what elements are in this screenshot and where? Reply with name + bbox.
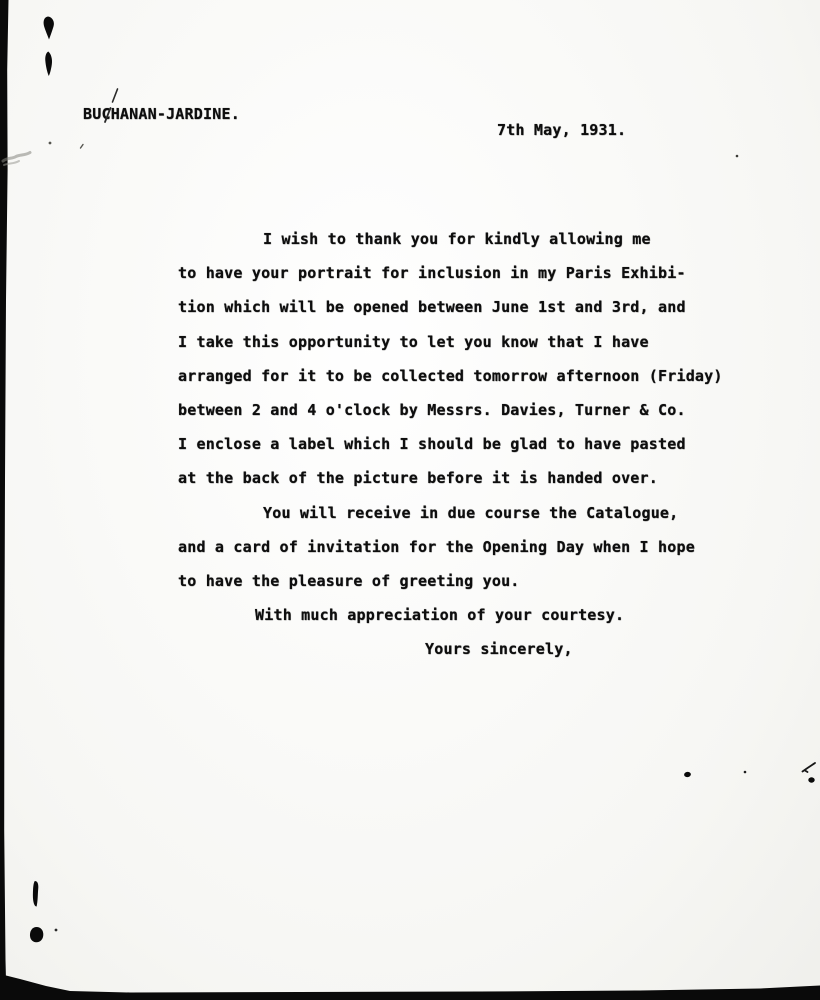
speck-near-header-2 [81,145,84,149]
letter-line: I wish to thank you for kindly allowing … [178,222,778,256]
ink-blot-top-2 [45,52,52,77]
letter-line: to have your portrait for inclusion in m… [178,256,778,290]
letter-line: at the back of the picture before it is … [178,461,778,495]
letter-line: With much appreciation of your courtesy. [178,598,778,632]
scanned-letter-page: BUCHANAN-JARDINE. 7th May, 1931. I wish … [0,0,820,1000]
ink-dot-right-edge [808,777,814,782]
ink-dot-mid-right-2 [744,771,747,774]
letter-line: I enclose a label which I should be glad… [178,427,778,461]
letter-line: arranged for it to be collected tomorrow… [178,359,778,393]
letter-date: 7th May, 1931. [497,121,626,139]
ink-blob-bottom-left [30,927,43,942]
letter-line: between 2 and 4 o'clock by Messrs. Davie… [178,393,778,427]
letter-line: You will receive in due course the Catal… [178,496,778,530]
letter-line: and a card of invitation for the Opening… [178,530,778,564]
ink-dot-mid-right-1 [684,771,691,777]
scan-edge-left [0,0,9,1000]
pencil-smudge-left [3,153,30,166]
scan-edge-bottom [0,974,820,1000]
speck-near-header-1 [49,142,52,145]
letter-body: I wish to thank you for kindly allowing … [178,222,778,666]
pen-tick-right-edge [803,763,816,772]
ink-blot-top-1 [44,17,54,40]
letter-line: to have the pleasure of greeting you. [178,564,778,598]
letter-line: I take this opportunity to let you know … [178,325,778,359]
speck-bottom-left [55,929,58,932]
speck-right-of-date [736,155,739,158]
ink-stroke-bottom-left [33,881,38,907]
letter-line: tion which will be opened between June 1… [178,290,778,324]
recipient-name: BUCHANAN-JARDINE. [83,105,240,123]
letter-line: Yours sincerely, [178,632,778,666]
